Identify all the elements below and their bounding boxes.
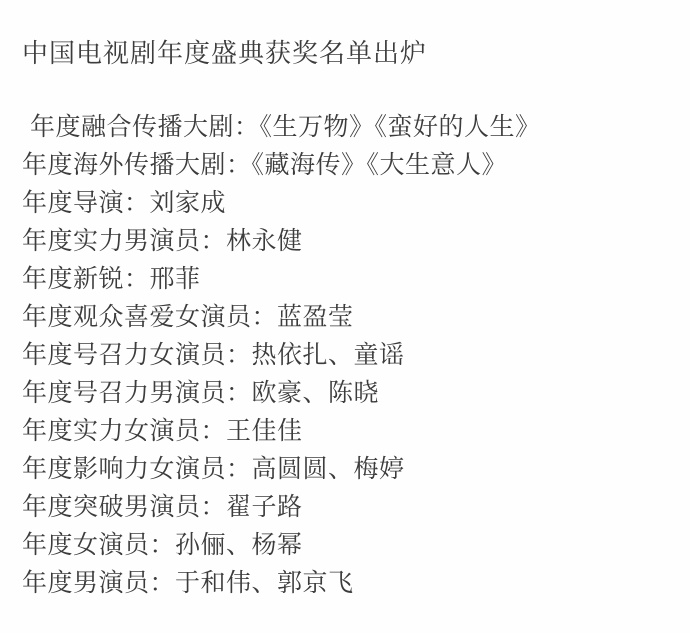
award-row: 年度观众喜爱女演员：蓝盈莹: [22, 298, 674, 336]
award-row: 年度实力男演员：林永健: [22, 222, 674, 260]
awards-list: 年度融合传播大剧：《生万物》《蛮好的人生》 年度海外传播大剧：《藏海传》《大生意…: [22, 108, 674, 602]
award-category: 年度融合传播大剧：: [30, 113, 260, 141]
award-winners: 孙俪、杨幂: [175, 531, 303, 559]
award-category: 年度导演：: [22, 189, 150, 217]
award-category: 年度号召力女演员：: [22, 341, 252, 369]
award-winners: 《生万物》《蛮好的人生》: [260, 113, 541, 141]
award-winners: 高圆圆、梅婷: [252, 455, 405, 483]
award-winners: 于和伟、郭京飞: [175, 569, 354, 597]
award-row: 年度影响力女演员：高圆圆、梅婷: [22, 450, 674, 488]
award-announcement: 中国电视剧年度盛典获奖名单出炉 年度融合传播大剧：《生万物》《蛮好的人生》 年度…: [0, 0, 690, 602]
award-winners: 热依扎、童谣: [252, 341, 405, 369]
award-row: 年度融合传播大剧：《生万物》《蛮好的人生》: [22, 108, 674, 146]
award-row: 年度实力女演员：王佳佳: [22, 412, 674, 450]
award-winners: 翟子路: [226, 493, 303, 521]
award-category: 年度海外传播大剧：: [22, 151, 252, 179]
page-title: 中国电视剧年度盛典获奖名单出炉: [22, 38, 674, 68]
award-row: 年度海外传播大剧：《藏海传》《大生意人》: [22, 146, 674, 184]
award-winners: 蓝盈莹: [277, 303, 354, 331]
award-category: 年度影响力女演员：: [22, 455, 252, 483]
award-row: 年度号召力男演员：欧豪、陈晓: [22, 374, 674, 412]
award-category: 年度实力男演员：: [22, 227, 226, 255]
award-winners: 邢菲: [150, 265, 201, 293]
award-category: 年度突破男演员：: [22, 493, 226, 521]
award-row: 年度突破男演员：翟子路: [22, 488, 674, 526]
award-row: 年度号召力女演员：热依扎、童谣: [22, 336, 674, 374]
award-row: 年度新锐：邢菲: [22, 260, 674, 298]
award-category: 年度男演员：: [22, 569, 175, 597]
award-category: 年度观众喜爱女演员：: [22, 303, 277, 331]
award-winners: 王佳佳: [226, 417, 303, 445]
award-winners: 林永健: [226, 227, 303, 255]
award-category: 年度号召力男演员：: [22, 379, 252, 407]
award-winners: 刘家成: [150, 189, 227, 217]
award-category: 年度新锐：: [22, 265, 150, 293]
award-row: 年度男演员：于和伟、郭京飞: [22, 564, 674, 602]
award-category: 年度女演员：: [22, 531, 175, 559]
award-category: 年度实力女演员：: [22, 417, 226, 445]
award-winners: 《藏海传》《大生意人》: [252, 151, 508, 179]
award-winners: 欧豪、陈晓: [252, 379, 380, 407]
award-row: 年度导演：刘家成: [22, 184, 674, 222]
award-row: 年度女演员：孙俪、杨幂: [22, 526, 674, 564]
